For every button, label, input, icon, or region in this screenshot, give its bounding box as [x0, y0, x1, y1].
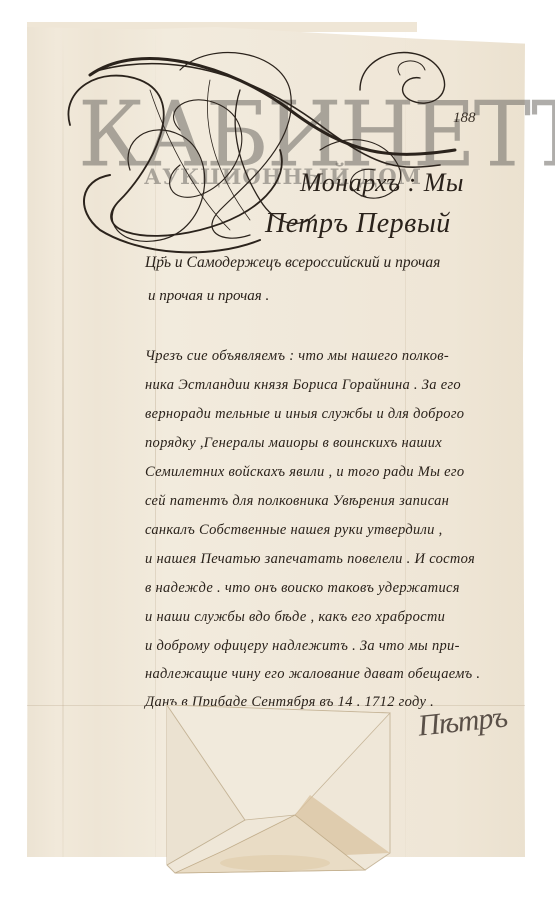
heading-line-2: Петръ Первый — [265, 208, 451, 240]
body-line: Семилетних войскахъ явили , и того ради … — [145, 464, 515, 481]
heading-line-1: Монархъ : Мы — [300, 168, 464, 198]
body-line: и доброму офицеру надлежитъ . За что мы … — [145, 638, 515, 655]
body-line: порядку ,Генералы маиоры в воинскихъ наш… — [145, 435, 515, 452]
folded-envelope-flap — [165, 705, 395, 875]
body-line: Чрезъ сие объявляемъ : что мы нашего пол… — [145, 348, 515, 365]
body-line: и нашея Печатью запечатать повелели . И … — [145, 551, 515, 568]
body-line: ника Эстландии князя Бориса Горайнина . … — [145, 377, 515, 394]
body-line: и наши службы вдо бѣде , какъ его храбро… — [145, 609, 515, 626]
heading-line-3: Цр҃ь и Самодержецъ всероссийский и проча… — [145, 254, 440, 272]
body-line: сей патентъ для полковника Увѣрения запи… — [145, 493, 515, 510]
body-line: верноради тельные и иныя службы и для до… — [145, 406, 515, 423]
folio-number: 188 — [453, 110, 476, 127]
document-stage: КАБИНЕТЪ АУКЦИОННЫЙ ДОМ 188 Монархъ : Мы… — [0, 0, 555, 900]
body-line: надлежащие чину его жалование дават обещ… — [145, 666, 515, 683]
body-line: в надежде . что онъ воиско таковъ удержа… — [145, 580, 515, 597]
heading-line-4: и прочая и прочая . — [148, 288, 269, 305]
body-line: санкалъ Собственные нашея руки утвердили… — [145, 522, 515, 539]
